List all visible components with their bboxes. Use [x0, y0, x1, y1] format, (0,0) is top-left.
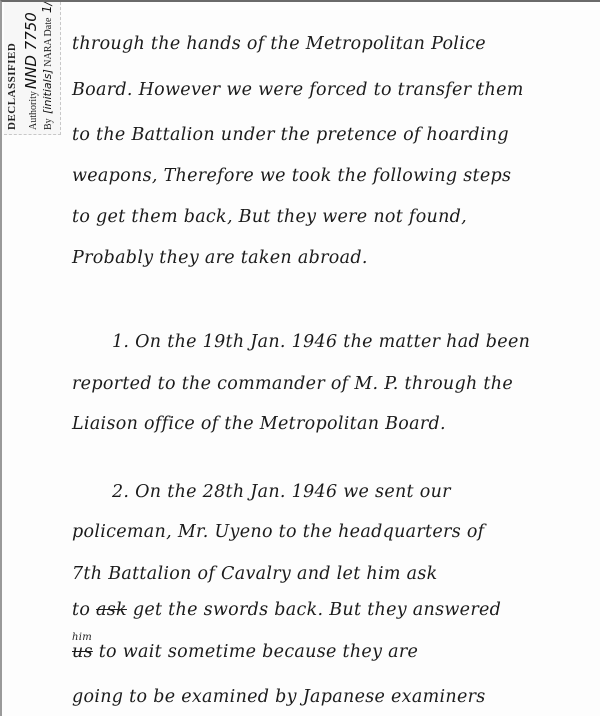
stamp-authority-value: NND 7750: [22, 12, 40, 89]
text-line: to the Battalion under the pretence of h…: [72, 125, 509, 145]
text-line: us to wait sometime because they are: [72, 642, 418, 662]
stamp-authority-row: AuthorityNND 7750: [22, 12, 40, 130]
struck-word: us: [72, 642, 93, 662]
text-line: 7th Battalion of Cavalry and let him ask: [72, 564, 438, 584]
text-segment: to wait sometime because they are: [93, 642, 418, 662]
text-line: to get them back, But they were not foun…: [72, 207, 467, 227]
text-line: Board. However we were forced to transfe…: [72, 80, 524, 100]
stamp-by-label: By: [43, 118, 54, 130]
text-line: 2. On the 28th Jan. 1946 we sent our: [112, 482, 451, 502]
text-segment: get the swords back. But they answered: [127, 600, 501, 620]
text-line: Liaison office of the Metropolitan Board…: [72, 414, 446, 434]
document-page: DECLASSIFIED AuthorityNND 7750 By [initi…: [0, 0, 600, 716]
text-line: reported to the commander of M. P. throu…: [72, 374, 513, 394]
stamp-declassified-label: DECLASSIFIED: [6, 43, 18, 130]
text-line: 1. On the 19th Jan. 1946 the matter had …: [112, 332, 530, 352]
stamp-authority-label: Authority: [28, 91, 39, 130]
stamp-agency-label: NARA Date: [43, 18, 54, 67]
stamp-by-value: [initials]: [41, 69, 54, 114]
text-line: weapons, Therefore we took the following…: [72, 166, 511, 186]
text-segment: to: [72, 600, 96, 620]
text-line: to ask get the swords back. But they ans…: [72, 600, 501, 620]
stamp-date-value: 1/24/11: [40, 0, 54, 13]
declassified-stamp: DECLASSIFIED AuthorityNND 7750 By [initi…: [4, 2, 61, 135]
text-line: policeman, Mr. Uyeno to the headquarters…: [72, 522, 484, 542]
text-line: through the hands of the Metropolitan Po…: [72, 34, 486, 54]
text-line: Probably they are taken abroad.: [72, 248, 368, 268]
stamp-by-row: By [initials] NARA Date 1/24/11: [40, 0, 54, 130]
text-line: going to be examined by Japanese examine…: [72, 687, 486, 707]
struck-word: ask: [96, 600, 127, 620]
